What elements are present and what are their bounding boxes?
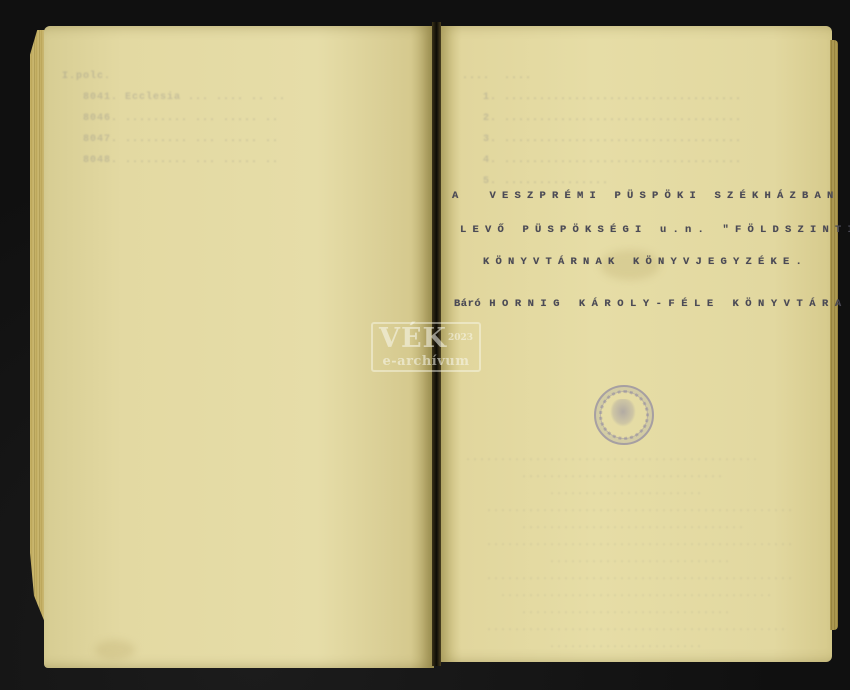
title-line-3: KÖNYVTÁRNAK KÖNYVJEGYZÉKE. bbox=[483, 256, 808, 268]
page-stack-right bbox=[830, 40, 838, 630]
title-line-4: BáróHORNIG KÁROLY-FÉLE KÖNYVTÁRA. bbox=[454, 298, 850, 310]
title-line-4-prefix: Báró bbox=[454, 298, 481, 310]
title-line-1: A VESZPRÉMI PÜSPÖKI SZÉKHÁZBAN bbox=[452, 190, 840, 202]
paper-stain bbox=[95, 640, 135, 660]
stamp-emblem bbox=[610, 399, 636, 427]
title-line-4-text: HORNIG KÁROLY-FÉLE KÖNYVTÁRA. bbox=[489, 298, 850, 310]
title-line-2: LEVŐ PÜSPÖKSÉGI u.n. "FÖLDSZINTI." bbox=[460, 224, 850, 236]
right-page-bleed-through-lower: ........................................… bbox=[465, 450, 794, 654]
watermark-subtitle: e-archívum bbox=[373, 355, 479, 369]
library-stamp-icon bbox=[594, 385, 654, 445]
vek-archive-watermark: VÉK 2023 e-archívum bbox=[371, 322, 481, 372]
left-page-bleed-through-text: I.polc. 8041. Ecclesia ... .... .. .. 80… bbox=[62, 66, 286, 171]
watermark-year: 2023 bbox=[448, 333, 473, 343]
right-page-bleed-through-text: .... .... 1. ...........................… bbox=[462, 66, 742, 192]
watermark-logo-text: VÉK bbox=[379, 324, 447, 354]
